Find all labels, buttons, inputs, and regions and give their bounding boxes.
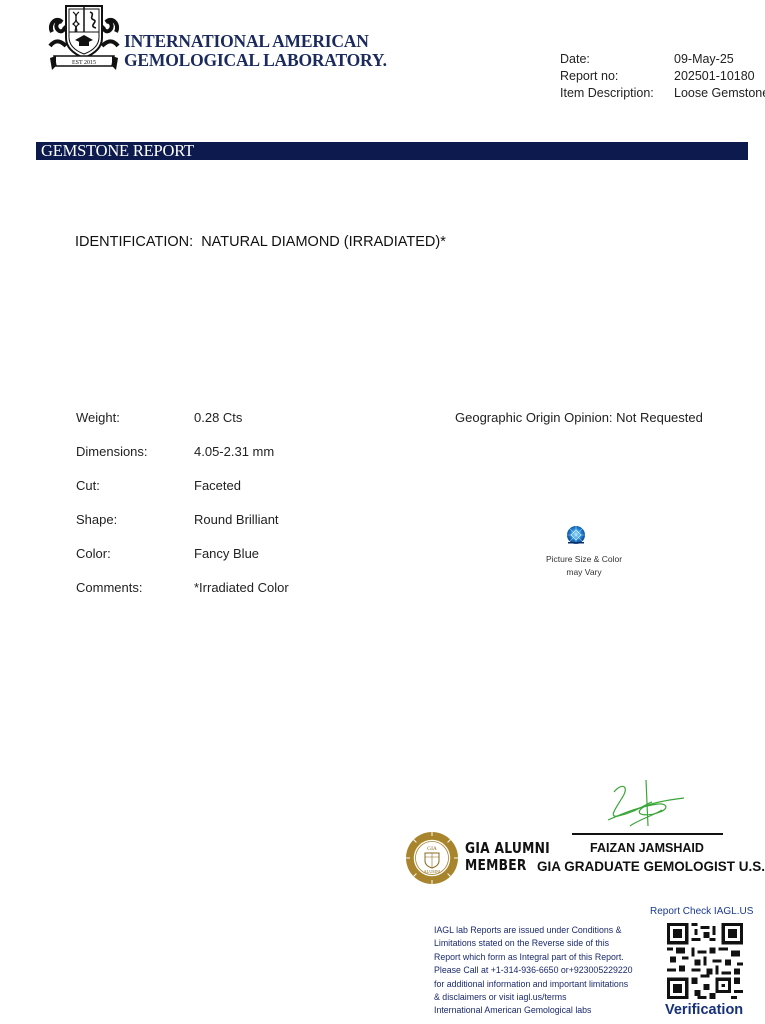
- detail-row-color: Color: Fancy Blue: [76, 546, 289, 580]
- shape-value: Round Brilliant: [194, 512, 279, 527]
- verification-label: Verification: [665, 1002, 743, 1018]
- laboratory-crest-icon: EST 2015: [48, 2, 120, 72]
- disclaimer-line: Please Call at +1-314-936-6650 or+923005…: [434, 964, 659, 977]
- svg-text:EST 2015: EST 2015: [72, 60, 96, 66]
- gia-alumni-member-label: GIA ALUMNI MEMBER: [465, 840, 550, 874]
- detail-row-comments: Comments: *Irradiated Color: [76, 580, 289, 614]
- gia-alumni-line2: MEMBER: [465, 857, 550, 874]
- laboratory-name-line2: GEMOLOGICAL LABORATORY.: [124, 51, 387, 70]
- shape-label: Shape:: [76, 512, 194, 527]
- disclaimer-line: & disclaimers or visit iagl.us/terms: [434, 991, 659, 1004]
- gia-alumni-seal-icon: GIA ALUMNI: [405, 831, 459, 885]
- identification: IDENTIFICATION: NATURAL DIAMOND (IRRADIA…: [75, 234, 446, 250]
- qr-code-icon[interactable]: [667, 923, 743, 999]
- comments-value: *Irradiated Color: [194, 580, 289, 595]
- meta-row-date: Date: 09-May-25: [560, 51, 765, 68]
- item-description-value: Loose Gemstone: [674, 85, 765, 102]
- detail-row-weight: Weight: 0.28 Cts: [76, 410, 289, 444]
- item-description-label: Item Description:: [560, 85, 674, 102]
- disclaimer-line: Limitations stated on the Reverse side o…: [434, 937, 659, 950]
- gemstone-details: Weight: 0.28 Cts Dimensions: 4.05-2.31 m…: [76, 410, 289, 614]
- svg-text:ALUMNI: ALUMNI: [424, 869, 441, 874]
- report-check-link[interactable]: Report Check IAGL.US: [650, 906, 753, 917]
- meta-row-report-no: Report no: 202501-10180: [560, 68, 765, 85]
- color-label: Color:: [76, 546, 194, 561]
- report-title-banner: GEMSTONE REPORT: [36, 142, 748, 160]
- detail-row-shape: Shape: Round Brilliant: [76, 512, 289, 546]
- detail-row-dimensions: Dimensions: 4.05-2.31 mm: [76, 444, 289, 478]
- laboratory-name-line1: INTERNATIONAL AMERICAN: [124, 32, 387, 51]
- picture-caption: Picture Size & Color may Vary: [530, 553, 638, 579]
- signature-line: [572, 833, 723, 835]
- report-no-value: 202501-10180: [674, 68, 755, 85]
- disclaimer-line: for additional information and important…: [434, 978, 659, 991]
- blue-diamond-icon: [566, 525, 586, 545]
- picture-caption-line2: may Vary: [530, 566, 638, 579]
- svg-text:GIA: GIA: [427, 846, 437, 852]
- meta-row-item-description: Item Description: Loose Gemstone: [560, 85, 765, 102]
- picture-caption-line1: Picture Size & Color: [530, 553, 638, 566]
- disclaimer-line: Report which form as Integral part of th…: [434, 951, 659, 964]
- detail-row-cut: Cut: Faceted: [76, 478, 289, 512]
- report-meta: Date: 09-May-25 Report no: 202501-10180 …: [560, 51, 765, 102]
- report-no-label: Report no:: [560, 68, 674, 85]
- color-value: Fancy Blue: [194, 546, 259, 561]
- disclaimer: IAGL lab Reports are issued under Condit…: [434, 924, 659, 1018]
- weight-label: Weight:: [76, 410, 194, 425]
- date-value: 09-May-25: [674, 51, 734, 68]
- signer-title: GIA GRADUATE GEMOLOGIST U.S.A: [537, 859, 765, 874]
- signature-icon: [596, 780, 696, 830]
- date-label: Date:: [560, 51, 674, 68]
- dimensions-value: 4.05-2.31 mm: [194, 444, 274, 459]
- dimensions-label: Dimensions:: [76, 444, 194, 459]
- disclaimer-line: International American Gemological labs: [434, 1004, 659, 1017]
- gia-alumni-line1: GIA ALUMNI: [465, 840, 550, 857]
- weight-value: 0.28 Cts: [194, 410, 242, 425]
- cut-label: Cut:: [76, 478, 194, 493]
- signer-name: FAIZAN JAMSHAID: [590, 841, 704, 855]
- comments-label: Comments:: [76, 580, 194, 595]
- disclaimer-line: IAGL lab Reports are issued under Condit…: [434, 924, 659, 937]
- cut-value: Faceted: [194, 478, 241, 493]
- laboratory-name: INTERNATIONAL AMERICAN GEMOLOGICAL LABOR…: [124, 32, 387, 70]
- geographic-origin-opinion: Geographic Origin Opinion: Not Requested: [455, 410, 703, 425]
